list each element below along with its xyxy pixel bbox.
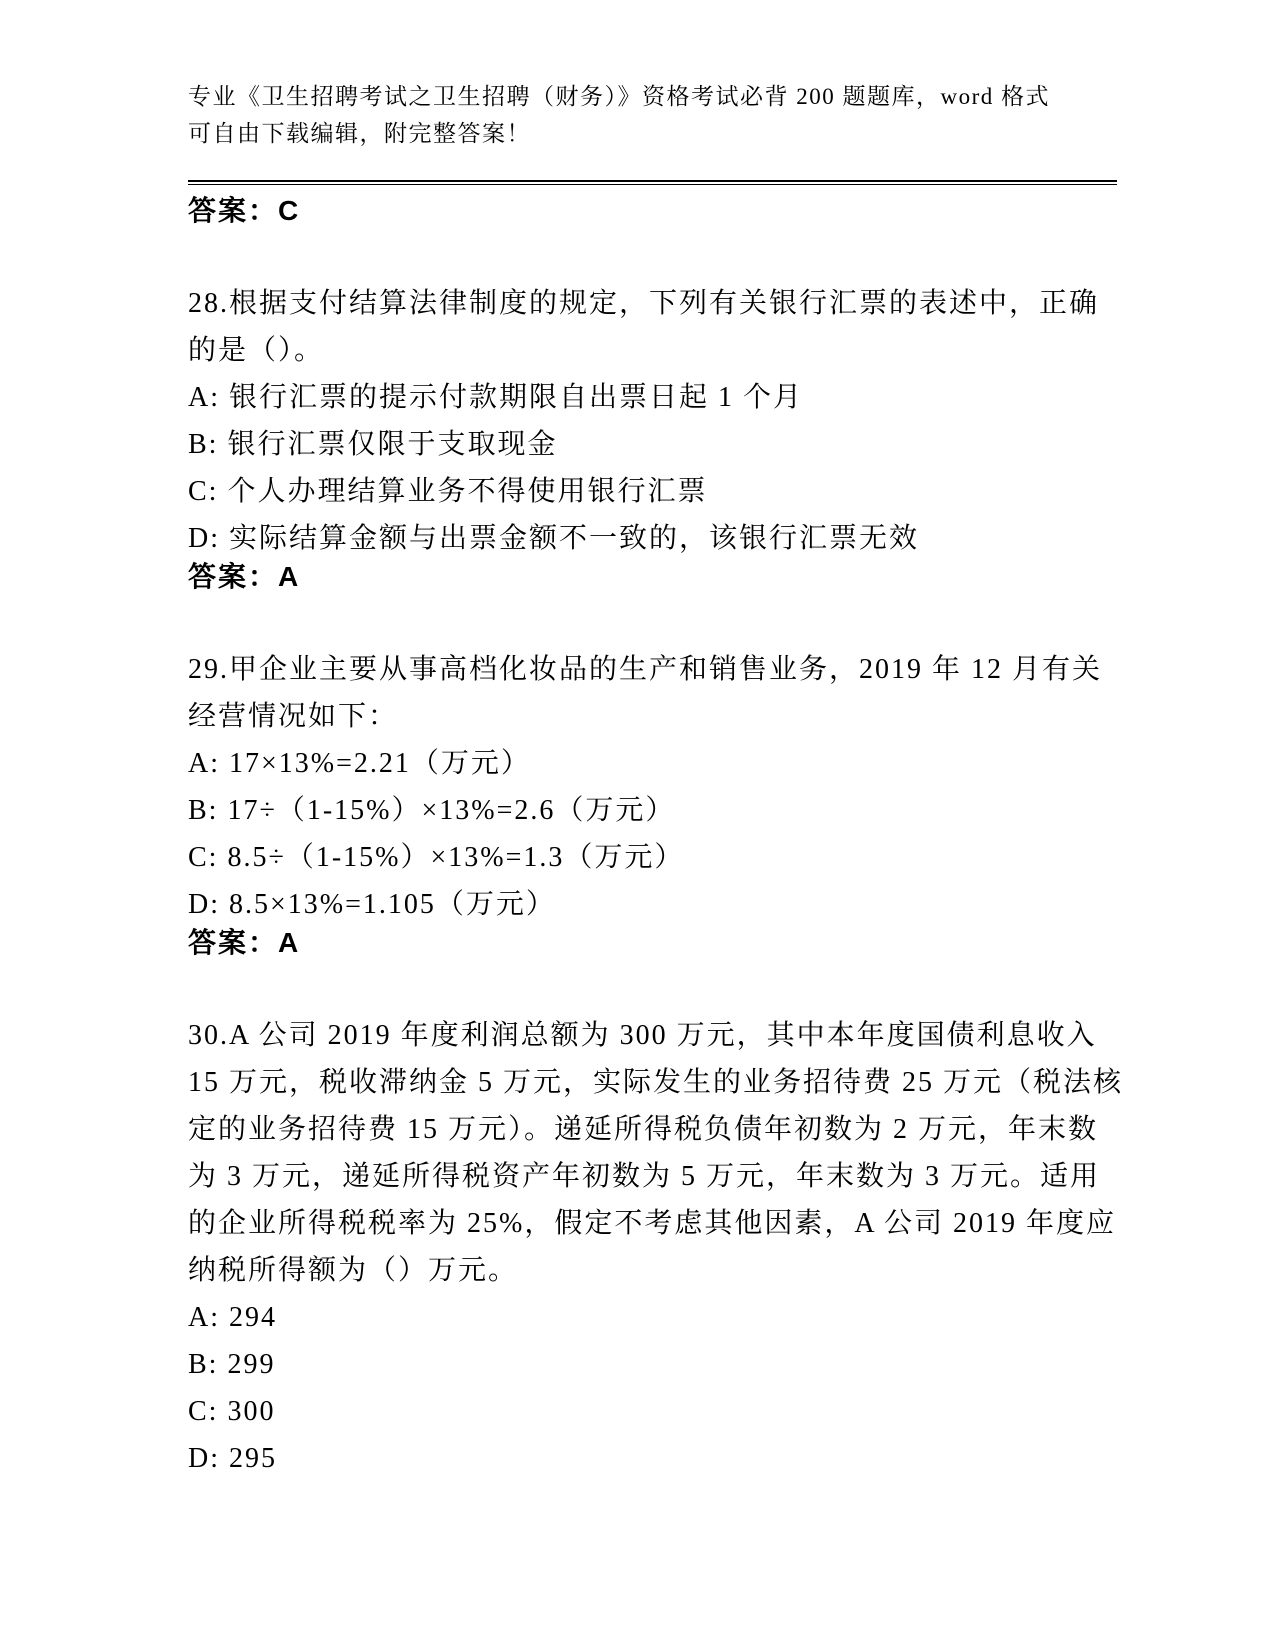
question-30-text-line-5: 的企业所得税税率为 25%，假定不考虑其他因素，A 公司 2019 年度应 bbox=[188, 1200, 1117, 1247]
header-title-line-2: 可自由下载编辑，附完整答案！ bbox=[188, 115, 1117, 152]
question-29-option-c: C: 8.5÷（1-15%）×13%=1.3（万元） bbox=[188, 834, 1117, 881]
question-30-option-a: A: 294 bbox=[188, 1294, 1117, 1341]
question-29-option-a: A: 17×13%=2.21（万元） bbox=[188, 740, 1117, 787]
question-30-text-line-2: 15 万元，税收滞纳金 5 万元，实际发生的业务招待费 25 万元（税法核 bbox=[188, 1059, 1117, 1106]
document-header: 专业《卫生招聘考试之卫生招聘（财务）》资格考试必背 200 题题库，word 格… bbox=[188, 78, 1117, 152]
question-29-text-line-1: 29.甲企业主要从事高档化妆品的生产和销售业务，2019 年 12 月有关 bbox=[188, 646, 1117, 693]
header-title-line-1: 专业《卫生招聘考试之卫生招聘（财务）》资格考试必背 200 题题库，word 格… bbox=[188, 78, 1117, 115]
question-30-text-line-3: 定的业务招待费 15 万元）。递延所得税负债年初数为 2 万元，年末数 bbox=[188, 1106, 1117, 1153]
page-content: 专业《卫生招聘考试之卫生招聘（财务）》资格考试必背 200 题题库，word 格… bbox=[0, 0, 1275, 1482]
question-30-text-line-1: 30.A 公司 2019 年度利润总额为 300 万元，其中本年度国债利息收入 bbox=[188, 1012, 1117, 1059]
header-divider bbox=[188, 180, 1117, 185]
question-28-option-c: C: 个人办理结算业务不得使用银行汇票 bbox=[188, 468, 1117, 515]
question-28-text-line-1: 28.根据支付结算法律制度的规定，下列有关银行汇票的表述中，正确 bbox=[188, 280, 1117, 327]
question-28-text-line-2: 的是（）。 bbox=[188, 327, 1117, 374]
document-page: 专业《卫生招聘考试之卫生招聘（财务）》资格考试必背 200 题题库，word 格… bbox=[0, 0, 1275, 1650]
question-29-text-line-2: 经营情况如下： bbox=[188, 693, 1117, 740]
question-28: 28.根据支付结算法律制度的规定，下列有关银行汇票的表述中，正确 的是（）。 bbox=[188, 280, 1117, 374]
question-30: 30.A 公司 2019 年度利润总额为 300 万元，其中本年度国债利息收入 … bbox=[188, 1012, 1117, 1294]
answer-line-previous-question: 答案：C bbox=[188, 187, 1117, 234]
question-30-text-line-4: 为 3 万元，递延所得税资产年初数为 5 万元，年末数为 3 万元。适用 bbox=[188, 1153, 1117, 1200]
question-29-option-b: B: 17÷（1-15%）×13%=2.6（万元） bbox=[188, 787, 1117, 834]
question-28-option-a: A: 银行汇票的提示付款期限自出票日起 1 个月 bbox=[188, 374, 1117, 421]
question-30-option-b: B: 299 bbox=[188, 1341, 1117, 1388]
question-30-text-line-6: 纳税所得额为（）万元。 bbox=[188, 1247, 1117, 1294]
question-30-option-d: D: 295 bbox=[188, 1435, 1117, 1482]
question-29: 29.甲企业主要从事高档化妆品的生产和销售业务，2019 年 12 月有关 经营… bbox=[188, 646, 1117, 740]
question-30-option-c: C: 300 bbox=[188, 1388, 1117, 1435]
question-28-option-b: B: 银行汇票仅限于支取现金 bbox=[188, 421, 1117, 468]
